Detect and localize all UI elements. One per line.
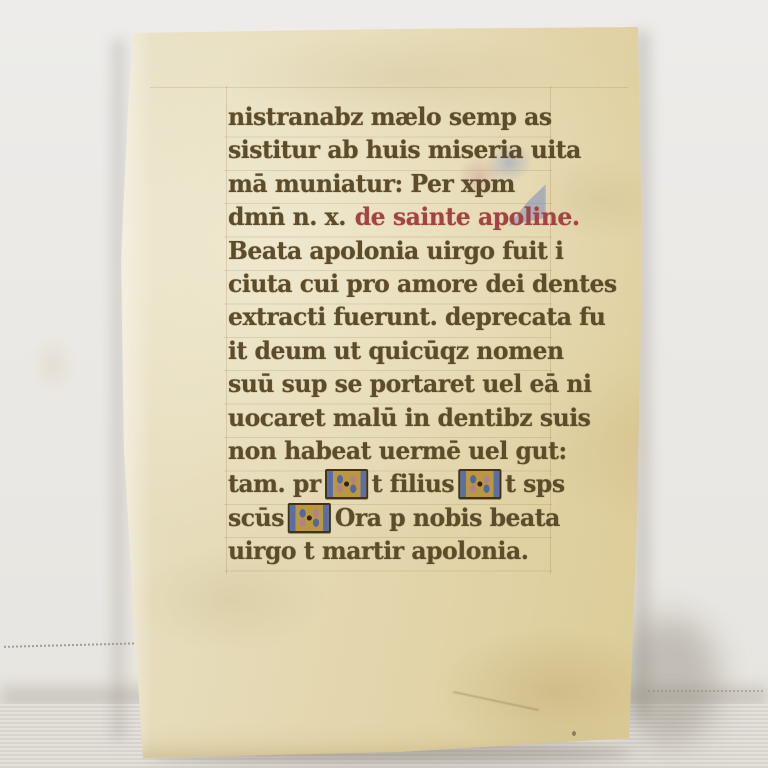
leaf-shadow-corner: [620, 615, 720, 745]
wall-smudge: [18, 320, 88, 410]
manuscript-photo: nistranabz mælo semp as sistitur ab huis…: [0, 0, 768, 768]
leaf-shadow-left: [112, 40, 125, 740]
